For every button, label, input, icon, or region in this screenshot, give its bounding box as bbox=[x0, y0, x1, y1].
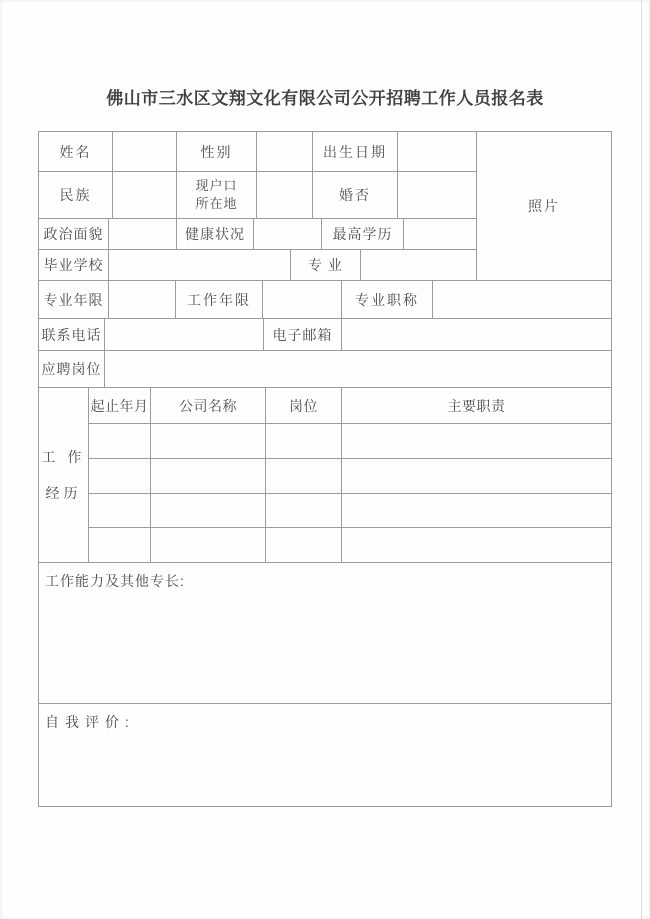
row-ethnicity-residence-marital: 民族 现户口 所在地 婚否 bbox=[39, 172, 476, 219]
political-status-value-cell bbox=[109, 219, 177, 249]
major-value-cell bbox=[361, 250, 476, 280]
phone-value-cell bbox=[105, 319, 264, 350]
col-header-duties: 主要职责 bbox=[342, 388, 611, 423]
self-evaluation-label: 自我评价: bbox=[45, 714, 135, 730]
duties-cell bbox=[342, 528, 611, 562]
highest-education-label: 最高学历 bbox=[322, 219, 404, 249]
gender-label: 性别 bbox=[177, 132, 257, 171]
name-label: 姓名 bbox=[39, 132, 113, 171]
work-history-header-row: 起止年月 公司名称 岗位 主要职责 bbox=[89, 388, 611, 424]
dates-cell bbox=[89, 424, 151, 458]
application-form-table: 姓名 性别 出生日期 民族 现户口 所在地 bbox=[38, 131, 612, 807]
work-history-label: 工 作 经历 bbox=[39, 388, 89, 562]
email-value-cell bbox=[342, 319, 611, 350]
scanned-application-form-page: 佛山市三水区文翔文化有限公司公开招聘工作人员报名表 姓名 性别 出生日期 民族 bbox=[0, 0, 650, 919]
applied-position-value-cell bbox=[105, 351, 611, 387]
residence-value-cell bbox=[257, 172, 313, 218]
col-header-company: 公司名称 bbox=[151, 388, 266, 423]
work-history-empty-row bbox=[89, 494, 611, 529]
form-title: 佛山市三水区文翔文化有限公司公开招聘工作人员报名表 bbox=[0, 84, 650, 109]
work-history-empty-row bbox=[89, 424, 611, 459]
gender-value-cell bbox=[257, 132, 313, 171]
duties-cell bbox=[342, 424, 611, 458]
professional-title-value-cell bbox=[433, 281, 611, 318]
graduate-school-value-cell bbox=[109, 250, 291, 280]
professional-years-label: 专业年限 bbox=[39, 281, 109, 318]
work-history-label-line1: 工 作 bbox=[42, 447, 86, 467]
duties-cell bbox=[342, 494, 611, 528]
health-status-value-cell bbox=[254, 219, 322, 249]
graduate-school-label: 毕业学校 bbox=[39, 250, 109, 280]
ethnicity-value-cell bbox=[113, 172, 177, 218]
row-applied-position: 应聘岗位 bbox=[39, 351, 611, 388]
photo-cell: 照片 bbox=[476, 132, 611, 280]
position-cell bbox=[266, 424, 342, 458]
health-status-label: 健康状况 bbox=[177, 219, 254, 249]
professional-years-value-cell bbox=[109, 281, 176, 318]
dates-cell bbox=[89, 494, 151, 528]
email-label: 电子邮箱 bbox=[264, 319, 342, 350]
work-history-empty-row bbox=[89, 459, 611, 494]
row-political-health-education: 政治面貌 健康状况 最高学历 bbox=[39, 219, 476, 250]
photo-label: 照片 bbox=[528, 196, 560, 216]
col-header-dates: 起止年月 bbox=[89, 388, 151, 423]
residence-label: 现户口 所在地 bbox=[177, 172, 257, 218]
company-cell bbox=[151, 424, 266, 458]
political-status-label: 政治面貌 bbox=[39, 219, 109, 249]
duties-cell bbox=[342, 459, 611, 493]
company-cell bbox=[151, 528, 266, 562]
birth-date-label: 出生日期 bbox=[313, 132, 398, 171]
self-evaluation-section: 自我评价: bbox=[39, 704, 611, 808]
position-cell bbox=[266, 459, 342, 493]
scan-edge-line bbox=[641, 0, 642, 919]
marital-status-label: 婚否 bbox=[313, 172, 398, 218]
company-cell bbox=[151, 494, 266, 528]
birth-date-value-cell bbox=[398, 132, 476, 171]
work-history-label-line2: 经历 bbox=[46, 483, 82, 503]
skills-label: 工作能力及其他专长: bbox=[45, 573, 185, 589]
row-years-title: 专业年限 工作年限 专业职称 bbox=[39, 281, 611, 319]
position-cell bbox=[266, 528, 342, 562]
name-value-cell bbox=[113, 132, 177, 171]
dates-cell bbox=[89, 459, 151, 493]
marital-status-value-cell bbox=[398, 172, 476, 218]
row-name-gender-birth: 姓名 性别 出生日期 bbox=[39, 132, 476, 172]
col-header-position: 岗位 bbox=[266, 388, 342, 423]
skills-section: 工作能力及其他专长: bbox=[39, 563, 611, 704]
work-history-grid: 起止年月 公司名称 岗位 主要职责 bbox=[89, 388, 611, 562]
applied-position-label: 应聘岗位 bbox=[39, 351, 105, 387]
position-cell bbox=[266, 494, 342, 528]
work-history-empty-row bbox=[89, 528, 611, 562]
working-years-value-cell bbox=[263, 281, 342, 318]
row-contact: 联系电话 电子邮箱 bbox=[39, 319, 611, 351]
professional-title-label: 专业职称 bbox=[342, 281, 433, 318]
working-years-label: 工作年限 bbox=[176, 281, 263, 318]
major-label: 专 业 bbox=[291, 250, 361, 280]
dates-cell bbox=[89, 528, 151, 562]
row-school-major: 毕业学校 专 业 bbox=[39, 250, 476, 280]
residence-label-text: 现户口 所在地 bbox=[195, 177, 237, 212]
work-history-block: 工 作 经历 起止年月 公司名称 岗位 主要职责 bbox=[39, 388, 611, 563]
company-cell bbox=[151, 459, 266, 493]
ethnicity-label: 民族 bbox=[39, 172, 113, 218]
basic-info-rows: 姓名 性别 出生日期 民族 现户口 所在地 bbox=[39, 132, 476, 280]
basic-info-block: 姓名 性别 出生日期 民族 现户口 所在地 bbox=[39, 132, 611, 281]
phone-label: 联系电话 bbox=[39, 319, 105, 350]
highest-education-value-cell bbox=[404, 219, 476, 249]
